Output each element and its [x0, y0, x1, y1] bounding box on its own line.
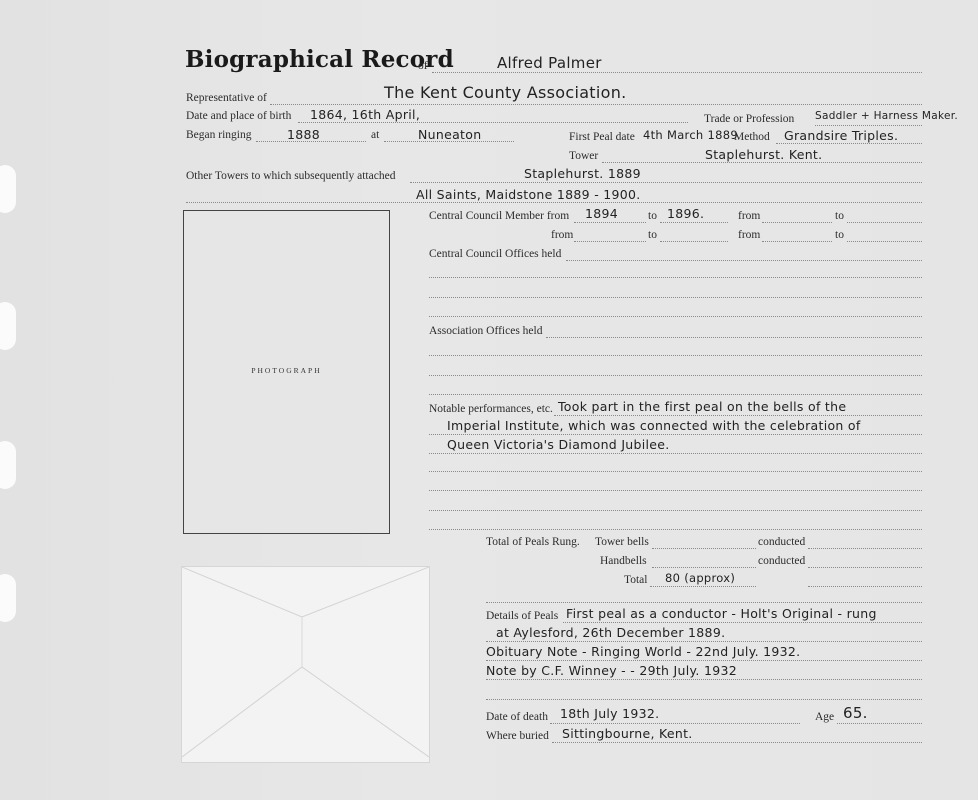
trade-label: Trade or Profession: [704, 113, 794, 125]
tower-bells-label: Tower bells: [595, 536, 649, 548]
at-label: at: [371, 129, 379, 141]
of-label: of: [418, 60, 428, 72]
tower-label: Tower: [569, 150, 598, 162]
first-peal-label: First Peal date: [569, 131, 635, 143]
method-value: Grandsire Triples.: [784, 128, 898, 143]
cc-from-label-3: from: [551, 229, 573, 241]
handbells-label: Handbells: [600, 555, 647, 567]
details-line-4: Note by C.F. Winney - - 29th July. 1932: [486, 663, 737, 678]
cc-from-label-2: from: [738, 210, 760, 222]
notable-line-2: Imperial Institute, which was connected …: [447, 418, 861, 433]
other-towers-value-1: Staplehurst. 1889: [524, 166, 641, 181]
tower-value: Staplehurst. Kent.: [705, 147, 822, 162]
cc-from-label-4: from: [738, 229, 760, 241]
other-towers-value-2: All Saints, Maidstone 1889 - 1900.: [416, 187, 641, 202]
photograph-label: PHOTOGRAPH: [184, 366, 389, 375]
total-value: 80 (approx): [665, 571, 735, 585]
binder-hole: [0, 302, 16, 350]
birth-label: Date and place of birth: [186, 110, 291, 122]
began-value: 1888: [287, 127, 320, 142]
method-label: Method: [734, 131, 770, 143]
total-label: Total: [624, 574, 647, 586]
age-value: 65.: [843, 704, 868, 722]
details-label: Details of Peals: [486, 610, 558, 622]
death-value: 18th July 1932.: [560, 706, 659, 721]
began-label: Began ringing: [186, 129, 251, 141]
birth-value: 1864, 16th April,: [310, 107, 420, 122]
notable-line-1: Took part in the first peal on the bells…: [558, 399, 846, 414]
representative-label: Representative of: [186, 92, 267, 104]
binder-hole: [0, 441, 16, 489]
handbells-conducted-label: conducted: [758, 555, 805, 567]
notable-line-3: Queen Victoria's Diamond Jubilee.: [447, 437, 670, 452]
total-peals-label: Total of Peals Rung.: [486, 536, 580, 548]
photograph-placeholder: PHOTOGRAPH: [183, 210, 390, 534]
details-line-3: Obituary Note - Ringing World - 22nd Jul…: [486, 644, 800, 659]
cc-to-1-value: 1896.: [667, 206, 704, 221]
death-label: Date of death: [486, 711, 548, 723]
cc-to-label-3: to: [648, 229, 657, 241]
cc-to-label-2: to: [835, 210, 844, 222]
details-line-2: at Aylesford, 26th December 1889.: [496, 625, 725, 640]
representative-value: The Kent County Association.: [384, 83, 627, 102]
assoc-offices-label: Association Offices held: [429, 325, 542, 337]
buried-label: Where buried: [486, 730, 549, 742]
other-towers-label: Other Towers to which subsequently attac…: [186, 170, 395, 182]
trade-value: Saddler + Harness Maker.: [815, 110, 958, 122]
details-line-1: First peal as a conductor - Holt's Origi…: [566, 606, 877, 621]
at-value: Nuneaton: [418, 127, 481, 142]
binder-hole: [0, 574, 16, 622]
cc-offices-label: Central Council Offices held: [429, 248, 561, 260]
tower-bells-conducted-label: conducted: [758, 536, 805, 548]
age-label: Age: [815, 711, 834, 723]
binder-hole: [0, 165, 16, 213]
cc-to-label: to: [648, 210, 657, 222]
cc-from-1-value: 1894: [585, 206, 618, 221]
envelope-attachment: [181, 566, 430, 763]
name-value: Alfred Palmer: [497, 54, 602, 72]
cc-member-label: Central Council Member from: [429, 210, 569, 222]
notable-label: Notable performances, etc.: [429, 403, 553, 415]
first-peal-value: 4th March 1889: [643, 128, 738, 142]
record-page: Biographical Record of Alfred Palmer Rep…: [0, 0, 978, 800]
page-title: Biographical Record: [185, 46, 454, 73]
cc-to-label-4: to: [835, 229, 844, 241]
buried-value: Sittingbourne, Kent.: [562, 726, 693, 741]
envelope-flap-icon: [182, 567, 429, 762]
